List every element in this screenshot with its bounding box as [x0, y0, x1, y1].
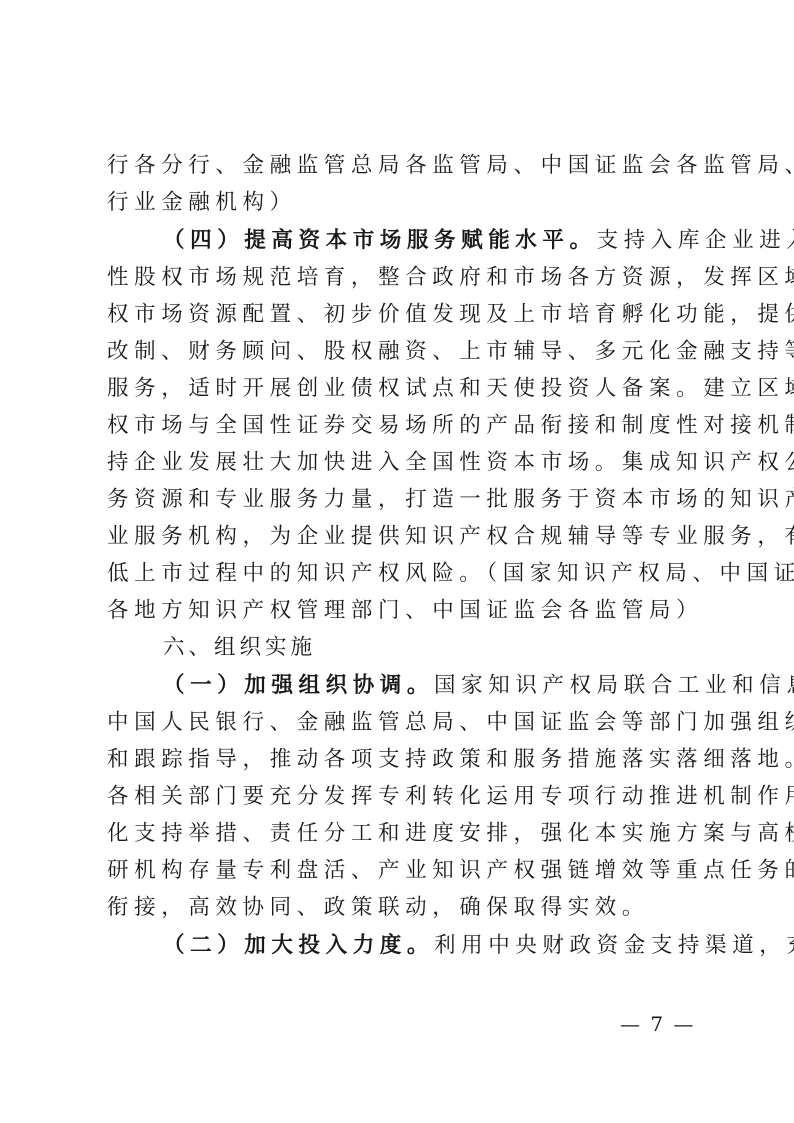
text-line: 低上市过程中的知识产权风险。（国家知识产权局、中国证监会，	[107, 558, 697, 590]
text-line: 研机构存量专利盘活、产业知识产权强链增效等重点任务的有序	[107, 855, 697, 887]
text-line: 和跟踪指导，推动各项支持政策和服务措施落实落细落地。地方	[107, 744, 697, 776]
chapter-heading-6: 六、组织实施	[163, 632, 753, 664]
text-line: 改制、财务顾问、股权融资、上市辅导、多元化金融支持等系列	[107, 336, 697, 368]
text-line: 行业金融机构）	[107, 187, 697, 219]
bold-lead: （一）加强组织协调。	[163, 673, 434, 698]
text-line: 性股权市场规范培育，整合政府和市场各方资源，发挥区域性股	[107, 262, 697, 294]
text-line: 业服务机构，为企业提供知识产权合规辅导等专业服务，有效降	[107, 521, 697, 553]
text-line: 持企业发展壮大加快进入全国性资本市场。集成知识产权公共服	[107, 447, 697, 479]
text-line: 权市场资源配置、初步价值发现及上市培育孵化功能，提供股份	[107, 299, 697, 331]
document-page: 行各分行、金融监管总局各监管局、中国证监会各监管局、各银 行业金融机构） （四）…	[0, 0, 794, 1123]
bold-lead: （二）加大投入力度。	[163, 933, 434, 958]
text-line: 中国人民银行、金融监管总局、中国证监会等部门加强组织调度	[107, 707, 697, 739]
text-line: 行各分行、金融监管总局各监管局、中国证监会各监管局、各银	[107, 150, 697, 182]
bold-lead: （四）提高资本市场服务赋能水平。	[163, 228, 597, 253]
text-line: 务资源和专业服务力量，打造一批服务于资本市场的知识产权专	[107, 484, 697, 516]
text-line: 各相关部门要充分发挥专利转化运用专项行动推进机制作用，细	[107, 781, 697, 813]
text-line: 服务，适时开展创业债权试点和天使投资人备案。建立区域性股	[107, 373, 697, 405]
page-number: — 7 —	[620, 1012, 695, 1036]
section-heading-2: （二）加大投入力度。利用中央财政资金支持渠道，充分发	[163, 930, 697, 962]
text-line: 化支持举措、责任分工和进度安排，强化本实施方案与高校和科	[107, 818, 697, 850]
text-line: 衔接，高效协同、政策联动，确保取得实效。	[107, 892, 697, 924]
section-heading-1: （一）加强组织协调。国家知识产权局联合工业和信息化部、	[163, 670, 697, 702]
text-line: 权市场与全国性证券交易场所的产品衔接和制度性对接机制，支	[107, 410, 697, 442]
section-heading-4: （四）提高资本市场服务赋能水平。支持入库企业进入区域	[163, 225, 697, 257]
text-line: 各地方知识产权管理部门、中国证监会各监管局）	[107, 595, 697, 627]
